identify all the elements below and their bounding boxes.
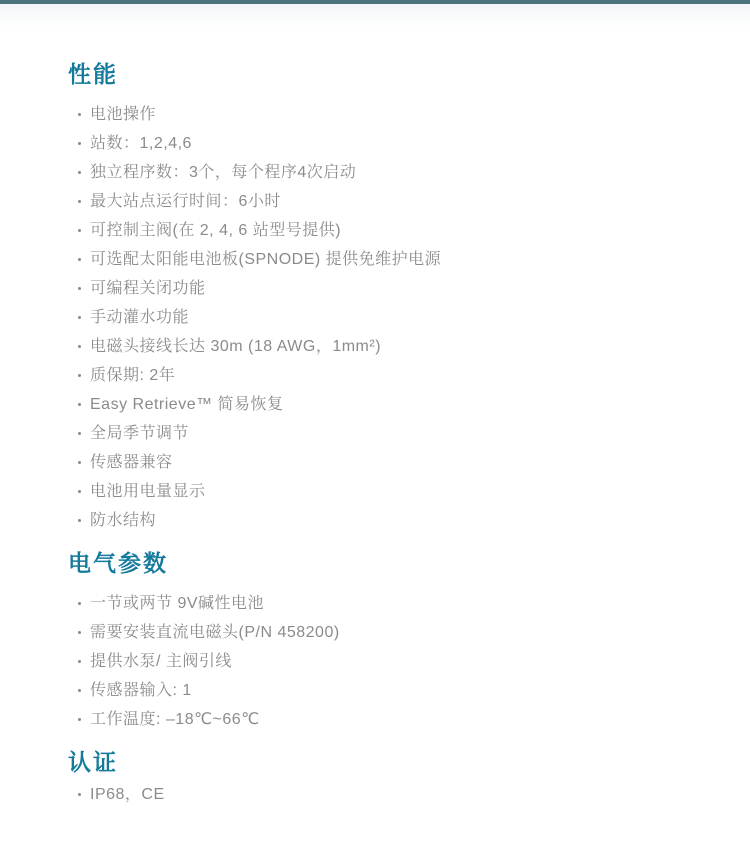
bullet-icon	[78, 631, 81, 634]
bullet-icon	[78, 316, 81, 319]
spec-item-text: 独立程序数：3个，每个程序4次启动	[90, 164, 356, 181]
bullet-icon	[78, 374, 81, 377]
spec-item: 可选配太阳能电池板(SPNODE) 提供免维护电源	[68, 245, 700, 274]
spec-item-text: 防水结构	[90, 512, 156, 529]
spec-item-text: Easy Retrieve™ 简易恢复	[90, 396, 284, 413]
bullet-icon	[78, 718, 81, 721]
spec-section-electrical-parameters: 电气参数一节或两节 9V碱性电池需要安装直流电磁头(P/N 458200)提供水…	[68, 549, 700, 734]
spec-item-text: 可编程关闭功能	[90, 280, 206, 297]
spec-item: 可控制主阀(在 2, 4, 6 站型号提供)	[68, 216, 700, 245]
spec-item-text: 可控制主阀(在 2, 4, 6 站型号提供)	[90, 222, 341, 239]
section-title-performance: 性能	[68, 60, 700, 88]
spec-item: 工作温度: –18℃~66℃	[68, 705, 700, 734]
bullet-icon	[78, 229, 81, 232]
spec-item-text: 电池操作	[90, 106, 156, 123]
spec-item: Easy Retrieve™ 简易恢复	[68, 390, 700, 419]
spec-section-performance: 性能电池操作站数：1,2,4,6独立程序数：3个，每个程序4次启动最大站点运行时…	[68, 60, 700, 535]
spec-item: 最大站点运行时间：6小时	[68, 187, 700, 216]
bullet-icon	[78, 200, 81, 203]
bullet-icon	[78, 602, 81, 605]
spec-item-text: 电磁头接线长达 30m (18 AWG，1mm²)	[90, 338, 381, 355]
bullet-icon	[78, 432, 81, 435]
spec-item: 一节或两节 9V碱性电池	[68, 589, 700, 618]
bullet-icon	[78, 490, 81, 493]
bullet-icon	[78, 113, 81, 116]
spec-item: 传感器兼容	[68, 448, 700, 477]
spec-item-text: 传感器输入: 1	[90, 682, 192, 699]
top-fade-gradient	[0, 4, 750, 28]
spec-item: IP68，CE	[68, 780, 700, 809]
section-title-electrical-parameters: 电气参数	[68, 549, 700, 577]
bullet-icon	[78, 519, 81, 522]
spec-item-text: 工作温度: –18℃~66℃	[90, 711, 260, 728]
bullet-icon	[78, 287, 81, 290]
spec-item: 全局季节调节	[68, 419, 700, 448]
spec-item-text: 需要安装直流电磁头(P/N 458200)	[90, 624, 340, 641]
spec-item: 站数：1,2,4,6	[68, 129, 700, 158]
spec-item: 手动灌水功能	[68, 303, 700, 332]
spec-item-text: 电池用电量显示	[90, 483, 206, 500]
spec-item: 电池用电量显示	[68, 477, 700, 506]
spec-item-text: 手动灌水功能	[90, 309, 189, 326]
section-title-certification: 认证	[68, 748, 700, 776]
spec-item: 电磁头接线长达 30m (18 AWG，1mm²)	[68, 332, 700, 361]
spec-content: 性能电池操作站数：1,2,4,6独立程序数：3个，每个程序4次启动最大站点运行时…	[0, 28, 750, 809]
bullet-icon	[78, 793, 81, 796]
bullet-icon	[78, 171, 81, 174]
spec-item-text: 站数：1,2,4,6	[90, 135, 192, 152]
spec-item: 电池操作	[68, 100, 700, 129]
spec-item: 传感器输入: 1	[68, 676, 700, 705]
spec-item: 需要安装直流电磁头(P/N 458200)	[68, 618, 700, 647]
spec-section-certification: 认证IP68，CE	[68, 748, 700, 809]
spec-list-certification: IP68，CE	[68, 780, 700, 809]
spec-item-text: 最大站点运行时间：6小时	[90, 193, 281, 210]
spec-item-text: 可选配太阳能电池板(SPNODE) 提供免维护电源	[90, 251, 441, 268]
spec-list-electrical-parameters: 一节或两节 9V碱性电池需要安装直流电磁头(P/N 458200)提供水泵/ 主…	[68, 589, 700, 734]
bullet-icon	[78, 142, 81, 145]
spec-item: 提供水泵/ 主阀引线	[68, 647, 700, 676]
spec-item-text: 提供水泵/ 主阀引线	[90, 653, 232, 670]
spec-item-text: 一节或两节 9V碱性电池	[90, 595, 264, 612]
bullet-icon	[78, 345, 81, 348]
spec-item: 防水结构	[68, 506, 700, 535]
spec-item-text: IP68，CE	[90, 786, 165, 803]
bullet-icon	[78, 461, 81, 464]
bullet-icon	[78, 403, 81, 406]
bullet-icon	[78, 660, 81, 663]
spec-item: 独立程序数：3个，每个程序4次启动	[68, 158, 700, 187]
spec-item-text: 传感器兼容	[90, 454, 173, 471]
spec-item-text: 全局季节调节	[90, 425, 189, 442]
bullet-icon	[78, 689, 81, 692]
bullet-icon	[78, 258, 81, 261]
spec-item: 质保期: 2年	[68, 361, 700, 390]
spec-list-performance: 电池操作站数：1,2,4,6独立程序数：3个，每个程序4次启动最大站点运行时间：…	[68, 100, 700, 535]
spec-item-text: 质保期: 2年	[90, 367, 175, 384]
spec-item: 可编程关闭功能	[68, 274, 700, 303]
